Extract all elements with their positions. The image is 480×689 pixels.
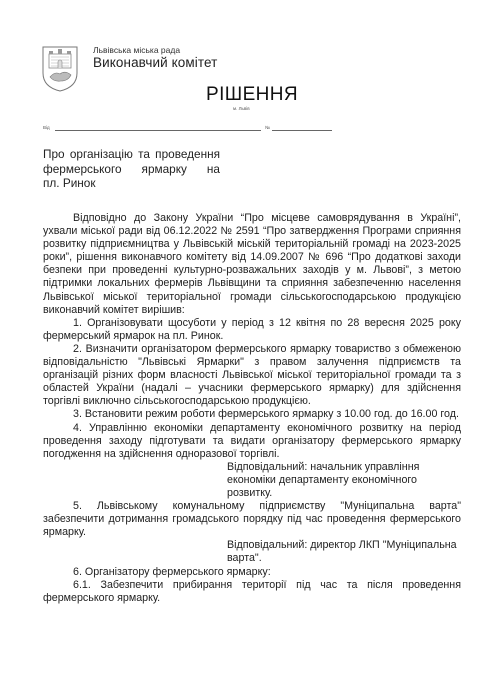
number-field-line	[272, 130, 332, 131]
item-6-1: 6.1. Забезпечити прибирання території пі…	[43, 579, 461, 605]
item-3: 3. Встановити режим роботи фермерського …	[43, 408, 461, 421]
item-4: 4. Управлінню економіки департаменту еко…	[43, 422, 461, 461]
date-number-line: Від №	[43, 124, 293, 134]
preamble-paragraph: Відповідно до Закону України “Про місцев…	[43, 212, 461, 317]
subject-line: Про організацію та проведення	[43, 147, 220, 162]
subject-line: фермерського ярмарку на	[43, 162, 220, 177]
document-title: РІШЕННЯ	[206, 84, 298, 106]
document-page: Львівська міська рада Виконавчий комітет…	[0, 0, 480, 689]
document-subject: Про організацію та проведення фермерсько…	[43, 147, 220, 191]
council-name: Львівська міська рада	[93, 45, 180, 55]
date-label: Від	[43, 125, 50, 130]
item-1: 1. Організовувати щосуботи у період з 12…	[43, 317, 461, 343]
item-2: 2. Визначити організатором фермерського …	[43, 343, 461, 408]
lviv-coat-of-arms-icon	[41, 45, 79, 93]
subject-line: пл. Ринок	[43, 176, 220, 191]
item-5-responsible: Відповідальний: директор ЛКП "Муніципаль…	[227, 539, 457, 565]
committee-name: Виконавчий комітет	[93, 55, 217, 70]
item-4-responsible: Відповідальний: начальник управління еко…	[227, 461, 457, 500]
document-body: Відповідно до Закону України “Про місцев…	[43, 212, 461, 605]
item-6: 6. Організатору фермерського ярмарку:	[43, 566, 461, 579]
date-field-line	[55, 130, 261, 131]
document-city: м. Львів	[233, 106, 250, 111]
number-label: №	[265, 125, 270, 130]
item-5: 5. Львівському комунальному підприємству…	[43, 500, 461, 539]
